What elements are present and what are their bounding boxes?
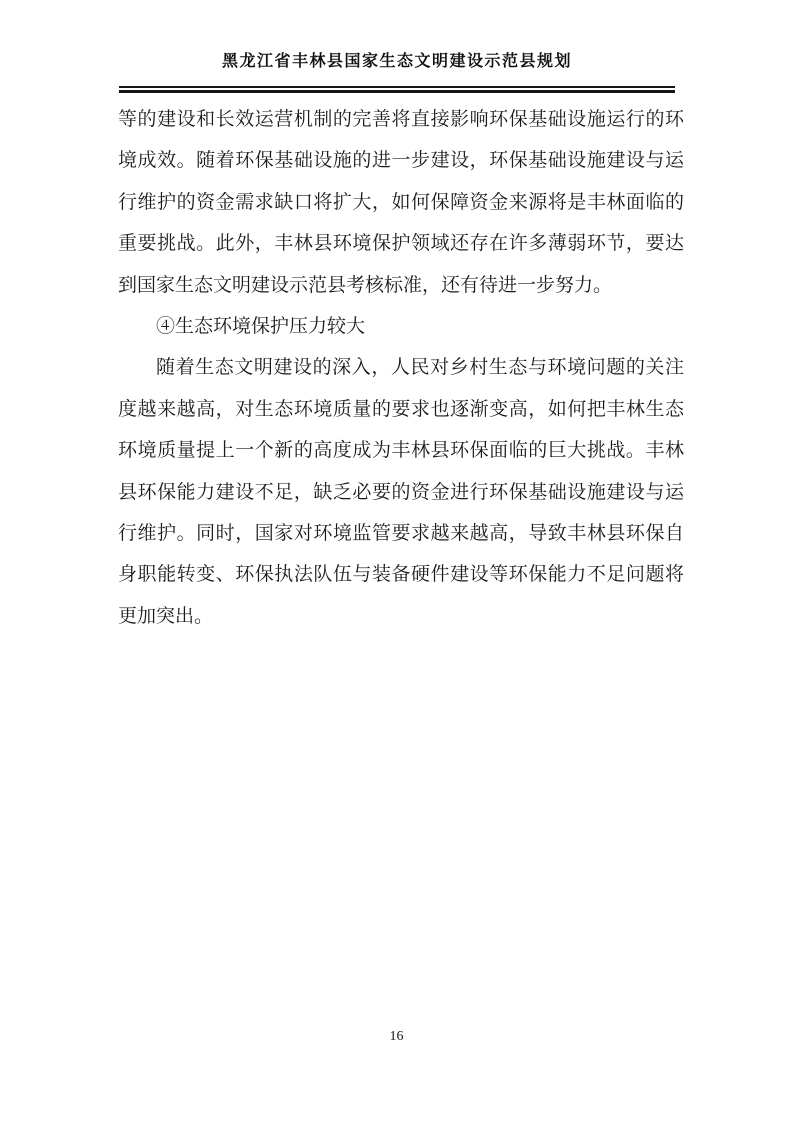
paragraph-body: 随着生态文明建设的深入，人民对乡村生态与环境问题的关注度越来越高，对生态环境质量… bbox=[118, 347, 684, 637]
page-footer: 16 bbox=[0, 1028, 793, 1046]
header-double-rule bbox=[119, 86, 675, 93]
header-title: 黑龙江省丰林县国家生态文明建设示范县规划 bbox=[119, 50, 675, 74]
document-body: 等的建设和长效运营机制的完善将直接影响环保基础设施运行的环境成效。随着环保基础设… bbox=[118, 99, 684, 637]
page-header: 黑龙江省丰林县国家生态文明建设示范县规划 bbox=[119, 50, 675, 93]
paragraph-continuation: 等的建设和长效运营机制的完善将直接影响环保基础设施运行的环境成效。随着环保基础设… bbox=[118, 99, 684, 306]
document-page: 黑龙江省丰林县国家生态文明建设示范县规划 等的建设和长效运营机制的完善将直接影响… bbox=[0, 0, 793, 1122]
page-number: 16 bbox=[390, 1029, 404, 1044]
paragraph-subheading: ④生态环境保护压力较大 bbox=[118, 306, 684, 347]
